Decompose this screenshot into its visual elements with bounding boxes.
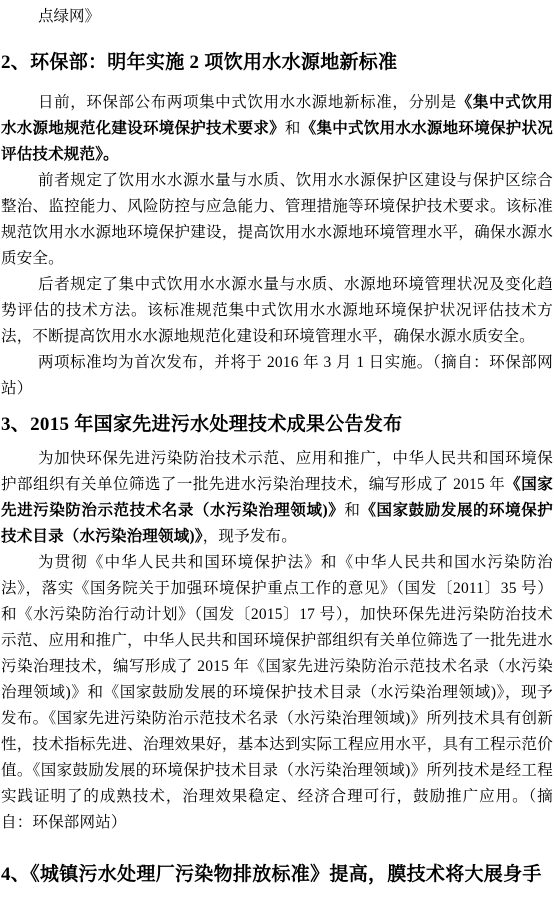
section-2-paragraph-3: 后者规定了集中式饮用水水源水量与水质、水源地环境管理状况及变化趋势评估的技术方法…: [1, 272, 553, 350]
paragraph-text: 日前，环保部公布两项集中式饮用水水源地新标准，分别是: [38, 94, 457, 111]
section-3-heading: 3、2015 年国家先进污水处理技术成果公告发布: [1, 410, 553, 440]
section-3-paragraph-2: 为贯彻《中华人民共和国环境保护法》和《中华人民共和国水污染防治法》，落实《国务院…: [1, 550, 553, 836]
paragraph-text: 和: [285, 120, 301, 137]
section-3-paragraph-1: 为加快环保先进污染防治技术示范、应用和推广，中华人民共和国环境保护部组织有关单位…: [1, 446, 553, 550]
section-2-paragraph-2: 前者规定了饮用水水源水量与水质、饮用水水源保护区建设与保护区综合整治、监控能力、…: [1, 168, 553, 272]
section-4-heading: 4、《城镇污水处理厂污染物排放标准》提高，膜技术将大展身手: [1, 860, 553, 890]
section-2-paragraph-4: 两项标准均为首次发布，并将于 2016 年 3 月 1 日实施。（摘自：环保部网…: [1, 350, 553, 402]
previous-paragraph-fragment: 点绿网》: [1, 4, 553, 30]
paragraph-text: ，现予发布。: [203, 528, 297, 545]
paragraph-text: 为加快环保先进污染防治技术示范、应用和推广，中华人民共和国环境保护部组织有关单位…: [1, 450, 553, 493]
paragraph-text: 和: [344, 502, 360, 519]
document-page: 点绿网》 2、环保部：明年实施 2 项饮用水水源地新标准 日前，环保部公布两项集…: [0, 0, 554, 924]
section-2-heading: 2、环保部：明年实施 2 项饮用水水源地新标准: [1, 48, 553, 78]
section-2-paragraph-1: 日前，环保部公布两项集中式饮用水水源地新标准，分别是《集中式饮用水水源地规范化建…: [1, 90, 553, 168]
